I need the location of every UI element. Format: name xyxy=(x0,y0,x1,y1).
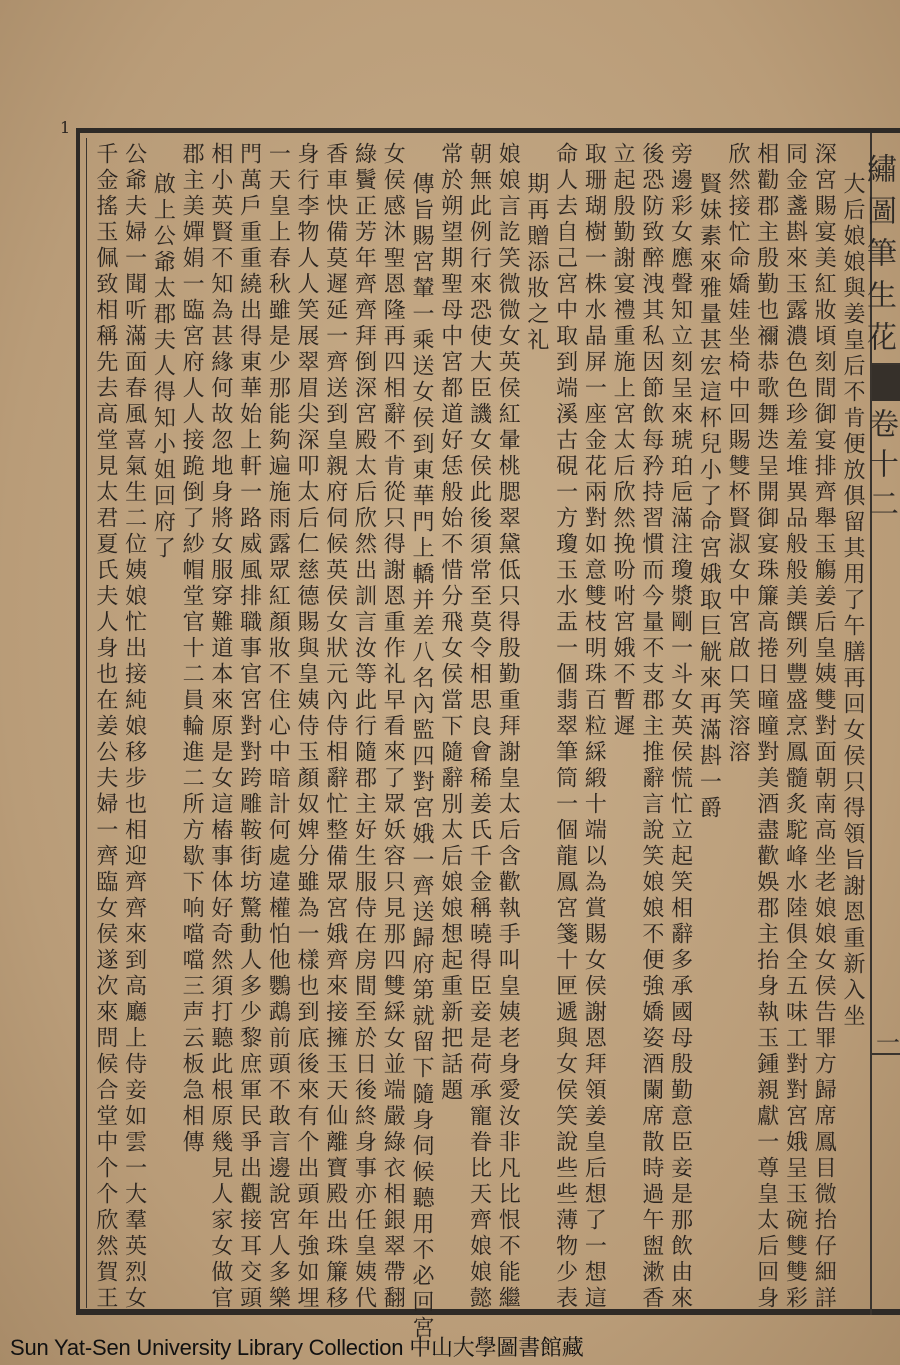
banxin-header-column: 繡圖筆生花 卷十二 一 xyxy=(870,133,900,1315)
text-column: 後恐防致醉洩其私因節飲每矜持習慣而今量不支郡主推辭言說笑娘娘不便強嬌姿酒闌席散時… xyxy=(638,134,667,1312)
text-column: 深宮賜宴美紅妝頃刻間御宴排齊舉玉觴姜后皇姨雙對面朝南高坐老娘娘女侯告罪方歸席鳳目… xyxy=(811,134,840,1312)
text-column: 取珊瑚樹一株水晶屏一座金花兩對如意雙枝明珠百粒綵緞十端以為賞賜女侯謝恩拜領姜皇后… xyxy=(581,134,610,1312)
fishtail-mark xyxy=(872,365,900,401)
text-column: 朝無此例行來恐使大臣譏女侯此後須常至莫令相思良會稀姜氏千金稱曉得臣妾是荷承寵眷比… xyxy=(466,134,495,1312)
text-column: 郡主美嬋娟一臨宮府人人接跪倒了紗帽堂官十二員輪進二所方歇下响噹噹三声云板急相傳 xyxy=(178,134,207,1312)
text-column: 千金搖玉佩致相稱先去高堂見太君夏氏夫人身也在姜公夫婦一齊臨女侯遂次來問候合堂中个… xyxy=(92,134,121,1312)
text-column: 傳旨賜宮輦一乘送女侯到東華門上轎并差八名內監四對宮娥一齊送歸府第就留下隨身伺候聽… xyxy=(408,134,437,1342)
text-column: 同金盞斟來玉露濃色色珍羞堆異品般般美饌列豐盛烹鳳髓炙駝峰水陸俱全五味工對對宮娥呈… xyxy=(782,134,811,1312)
text-column: 命人去自己宮中取到端溪古硯一方瓊玉水盂一個翡翠筆筒一個龍鳳宮箋十匣遞與女侯笑說些… xyxy=(552,134,581,1312)
text-column: 門萬戶重重繞出得東華始上軒一路威風排職事官宮對對跨雕鞍街坊驚動人多少黎庶軍民爭出… xyxy=(236,134,265,1312)
main-text-block: 大后娘娘與姜皇后不肯便放俱留其用了午膳再回女侯只得領旨謝恩重新入坐深宮賜宴美紅妝… xyxy=(92,134,868,1312)
text-column: 身行李物人人笑展翠眉尖深叩太后仁慈德賜與皇姨侍玉顏奴婢分雖為一樣也到底後來有个出… xyxy=(293,134,322,1312)
text-column: 期再贈添妝之礼 xyxy=(523,134,552,1342)
text-column: 啟上公爺太郡夫人得知小姐回府了 xyxy=(150,134,179,1342)
volume-label: 卷十二 xyxy=(874,408,900,528)
text-column: 立起殷勤謝宴禮重施上宮太后欣然挽吩咐宮娥不暫遲 xyxy=(609,134,638,1312)
margin-mark: 1 xyxy=(60,118,70,137)
text-column: 賢妹素來雅量甚宏這杯兒小了命宮娥取巨觥來再滿斟一爵 xyxy=(696,134,725,1342)
book-title: 繡圖筆生花 xyxy=(872,153,900,363)
text-column: 娘娘言訖笑微微女英侯紅暈桃腮翠黛低只得殷勤重拜謝皇太后含歡執手叫皇姨老身愛汝非凡… xyxy=(494,134,523,1312)
text-column: 常於朔望期聖母中宮都道好恁般始不惜分飛女侯當下隨辭別太后娘娘想起重新把話題 xyxy=(437,134,466,1312)
title-box: 繡圖筆生花 xyxy=(872,133,900,365)
text-column: 公爺夫婦一聞听滿面春風喜氣生二位姨娘忙出接純娘移步也相迎齊齊來到高廳上侍妾如雲一… xyxy=(121,134,150,1312)
collection-watermark: Sun Yat-Sen University Library Collectio… xyxy=(10,1331,584,1362)
text-column: 香車快備莫遲延一齊送到皇親府伺候英侯女狀元內侍相辭忙整備眾宮娥齊來接擁玉天仙離寶… xyxy=(322,134,351,1312)
page-number-rule xyxy=(872,1053,900,1055)
text-column: 旁邊彩女應聲知立刻呈來琥珀巵滿注瓊漿剛一斗女英侯慌忙立起笑相辭多承國母殷勤意臣妾… xyxy=(667,134,696,1312)
text-column: 女侯感沐聖恩隆再四相辭不肯從只得謝恩重作礼早看來了眾妖容只見那四雙綵女並端嚴綠衣… xyxy=(380,134,409,1312)
text-column: 相勸郡主殷勤也禰恭歌舞迭呈開御宴珠簾高捲日曈曈對美酒盡歡娛郡主抬身執玉鍾親獻一尊… xyxy=(753,134,782,1312)
inner-border-line xyxy=(86,138,87,1308)
text-column: 相小英賢不知為甚緣何故忽地身將女服穿難道本來原是女這樁事体好奇然須打聽此根原幾見… xyxy=(207,134,236,1312)
text-column: 大后娘娘與姜皇后不肯便放俱留其用了午膳再回女侯只得領旨謝恩重新入坐 xyxy=(839,134,868,1342)
text-column: 欣然接忙命嬌娃坐椅中回賜雙杯賢淑女中宮啟口笑溶溶 xyxy=(724,134,753,1312)
text-column: 一天皇上春秋雖是少那能夠遍施雨露眾紅顏妝不住心中暗計何處違權怕他鸚鵡前頭不敢言邊… xyxy=(265,134,294,1312)
text-column: 綠鬢正芳年齊齊拜倒深宮殿太后欣然出訓言汝等此行隨郡主好生服侍在房間至於日後終身事… xyxy=(351,134,380,1312)
